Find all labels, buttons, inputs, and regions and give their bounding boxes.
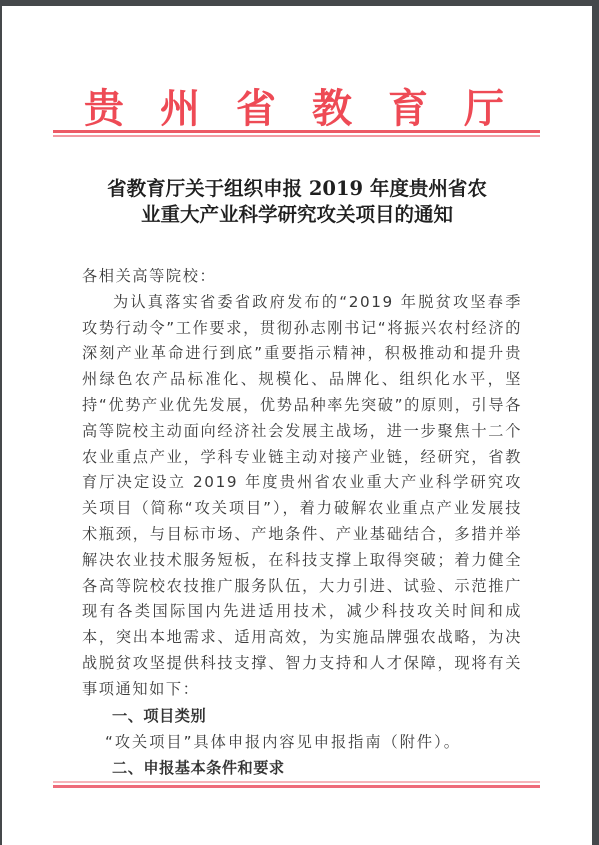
letterhead-org-name: 贵 州 省 教 育 厅 (84, 86, 504, 132)
section-body-1: “攻关项目”具体申报内容见申报指南（附件）。 (82, 730, 522, 756)
letterhead-char: 州 (160, 86, 200, 132)
document-title-line-2: 业重大产业科学研究攻关项目的通知 (2, 202, 592, 228)
letterhead-char: 贵 (84, 86, 124, 132)
letterhead-char: 省 (236, 86, 276, 132)
footer-divider (53, 781, 540, 788)
section-heading-1: 一、项目类别 (82, 703, 522, 730)
letterhead-char: 厅 (464, 86, 504, 132)
letterhead-char: 育 (388, 86, 428, 132)
section-heading-2: 二、申报基本条件和要求 (82, 755, 522, 782)
salutation: 各相关高等院校： (82, 264, 522, 290)
document-page: 贵 州 省 教 育 厅 省教育厅关于组织申报 2019 年度贵州省农 业重大产业… (2, 6, 592, 845)
document-title-line-1: 省教育厅关于组织申报 2019 年度贵州省农 (2, 176, 592, 202)
letterhead-char: 教 (312, 86, 352, 132)
letterhead-divider (53, 130, 540, 137)
intro-paragraph: 为认真落实省委省政府发布的“2019 年脱贫攻坚春季攻势行动令”工作要求，贯彻孙… (82, 290, 522, 703)
document-title: 省教育厅关于组织申报 2019 年度贵州省农 业重大产业科学研究攻关项目的通知 (2, 176, 592, 228)
document-body: 各相关高等院校： 为认真落实省委省政府发布的“2019 年脱贫攻坚春季攻势行动令… (82, 264, 522, 782)
letterhead: 贵 州 省 教 育 厅 (2, 86, 592, 136)
